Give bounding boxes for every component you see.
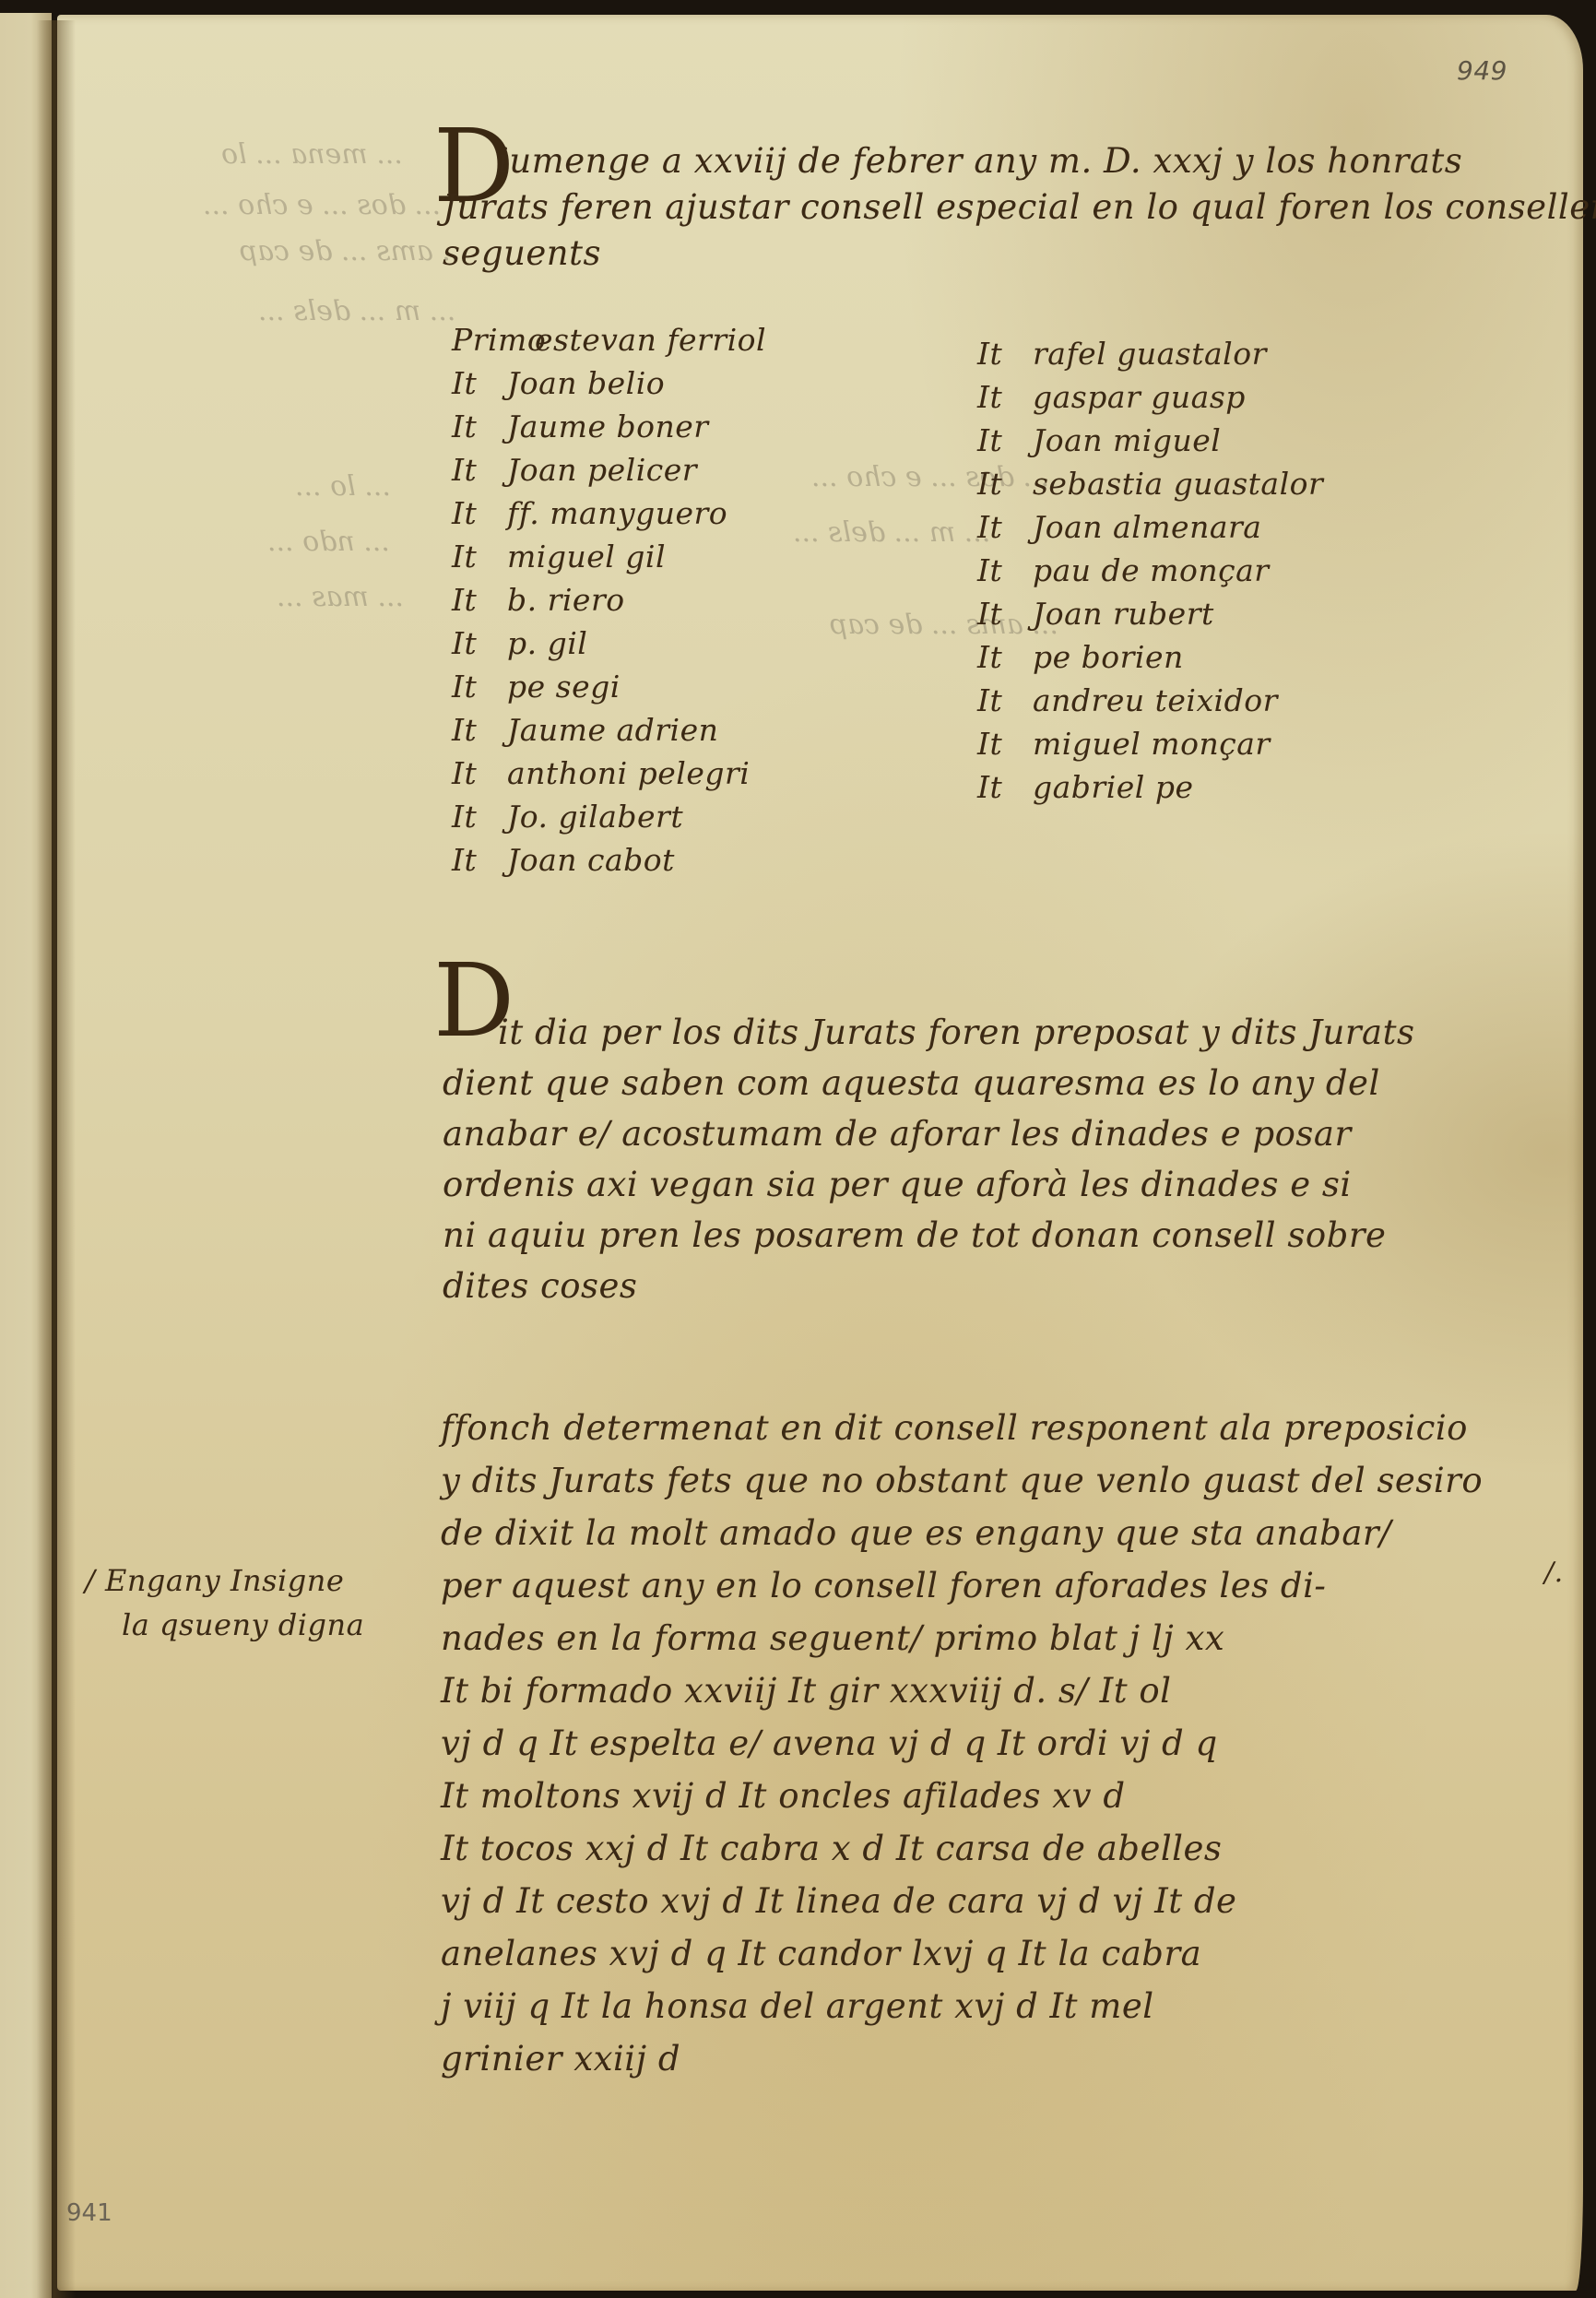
list-item: ItJoan pelicer [452, 448, 766, 492]
list-item: Itb. riero [452, 578, 766, 622]
list-item: Itpe borien [977, 635, 1323, 679]
paragraph-line: It tocos xxj d It cabra x d It carsa de … [441, 1822, 1483, 1875]
paragraph-line: anelanes xvj d q It candor lxvj q It la … [441, 1927, 1483, 1980]
paragraph-line: de dixit la molt amado que es engany que… [441, 1507, 1483, 1559]
paragraph-line: anabar e/ acostumam de aforar les dinade… [443, 1108, 1414, 1159]
councillors-list-left: Primoestevan ferriol ItJoan belio ItJaum… [452, 318, 766, 882]
paragraph-line: It moltons xvij d It oncles afilades xv … [441, 1770, 1483, 1822]
paragraph-line: ni aquiu pren les posarem de tot donan c… [443, 1210, 1414, 1261]
list-item: ItJo. gilabert [452, 795, 766, 838]
paragraph-line: dient que saben com aquesta quaresma es … [443, 1058, 1414, 1108]
councillors-list-right: Itrafel guastalor Itgaspar guasp ItJoan … [977, 332, 1323, 809]
paragraph-line: per aquest any en lo consell foren afora… [441, 1559, 1483, 1612]
bleed-through-9: ... m ... dels ... [793, 516, 990, 549]
list-item: ItJaume adrien [452, 708, 766, 752]
paragraph-line: ordenis axi vegan sia per que aforà les … [443, 1159, 1414, 1210]
paragraph-line: It bi formado xxviij It gir xxxviij d. s… [441, 1664, 1483, 1717]
bleed-through-3: ... ams ... de cap [240, 235, 468, 267]
bleed-through-2: ... dos ... e cho ... [203, 189, 441, 221]
paragraph-line: y dits Jurats fets que no obstant que ve… [441, 1454, 1483, 1507]
list-item: Primoestevan ferriol [452, 318, 766, 361]
paragraph-line: vj d It cesto xvj d It linea de cara vj … [441, 1875, 1483, 1927]
list-item: Itp. gil [452, 622, 766, 665]
list-item: Itff. manyguero [452, 492, 766, 535]
heading-line: iumenge a xxviij de febrer any m. D. xxx… [498, 138, 1596, 184]
list-item: ItJoan rubert [977, 592, 1323, 635]
list-item: Itanthoni pelegri [452, 752, 766, 795]
list-item: ItJoan cabot [452, 838, 766, 882]
list-item: ItJoan belio [452, 361, 766, 405]
marginal-note-line: la qsueny digna [85, 1603, 364, 1647]
list-item: Itrafel guastalor [977, 332, 1323, 375]
paragraph-line: vj d q It espelta e/ avena vj d q It ord… [441, 1717, 1483, 1770]
bleed-through-5: ... lo ... [295, 470, 391, 503]
list-item: Itpe segi [452, 665, 766, 708]
right-edge-mark: /. [1544, 1557, 1564, 1589]
paragraph-line: j viij q It la honsa del argent xvj d It… [441, 1980, 1483, 2032]
list-item: Itmiguel monçar [977, 722, 1323, 765]
list-item: Itmiguel gil [452, 535, 766, 578]
bleed-through-6: ... ndo ... [267, 526, 390, 558]
paragraph-line: dites coses [443, 1261, 1414, 1311]
list-item: ItJoan almenara [977, 505, 1323, 549]
paragraph-3: ffonch determenat en dit consell respone… [441, 1402, 1483, 2085]
list-item: Itandreu teixidor [977, 679, 1323, 722]
bleed-through-7: ... mas ... [277, 581, 404, 613]
paragraph-line: grinier xxiij d [441, 2032, 1483, 2085]
bleed-through-4: ... m ... dels ... [258, 295, 455, 327]
paragraph-2: it dia per los dits Jurats foren preposa… [498, 1007, 1414, 1311]
binding-gutter [37, 20, 76, 2298]
heading-line: seguents [443, 231, 1596, 277]
marginal-note: / Engany Insigne la qsueny digna [85, 1558, 364, 1647]
heading-paragraph: iumenge a xxviij de febrer any m. D. xxx… [498, 138, 1596, 277]
bleed-through-1: ... mena ... lo [221, 138, 403, 171]
list-item: Itgaspar guasp [977, 375, 1323, 419]
list-item: ItJoan miguel [977, 419, 1323, 462]
list-item: Itpau de monçar [977, 549, 1323, 592]
paragraph-line: ffonch determenat en dit consell respone… [441, 1402, 1483, 1454]
marginal-note-line: / Engany Insigne [85, 1558, 364, 1603]
paragraph-line: it dia per los dits Jurats foren preposa… [498, 1007, 1414, 1058]
list-item: Itgabriel pe [977, 765, 1323, 809]
list-item: ItJaume boner [452, 405, 766, 448]
heading-line: Jurats feren ajustar consell especial en… [443, 184, 1596, 231]
paragraph-line: nades en la forma seguent/ primo blat j … [441, 1612, 1483, 1664]
folio-number: 949 [1457, 55, 1507, 86]
list-item: Itsebastia guastalor [977, 462, 1323, 505]
